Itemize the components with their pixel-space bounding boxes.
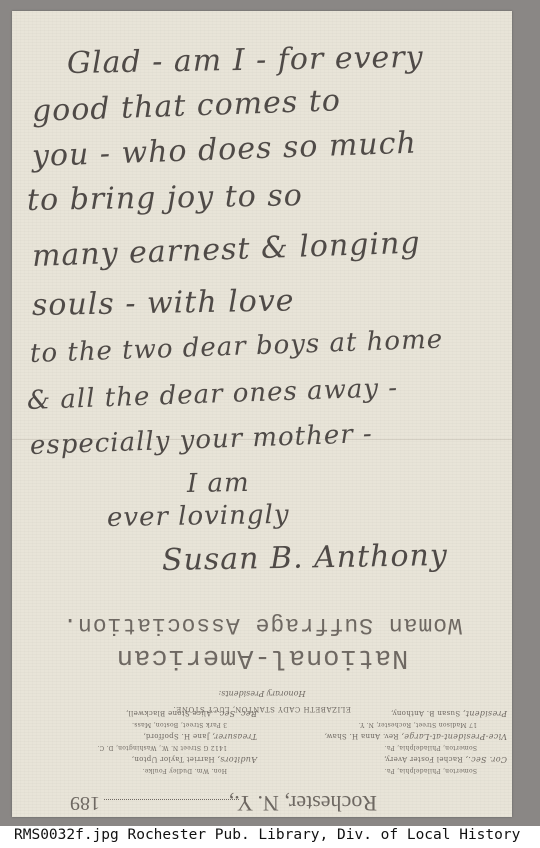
year-prefix: 189 [70,791,100,814]
handwriting-line-9: especially your mother - [29,419,373,461]
honorary-presidents-names: Elizabeth Cady Stanton, Lucy Stone. [12,705,512,713]
letterhead-title-line1: National-American [12,642,512,672]
officer-address: 1412 G Street N. W., Washington, D. C. [17,742,257,753]
officer-address: Somerton, Philadelphia, Pa. [267,765,507,776]
honorary-presidents-label: Honorary Presidents: [12,689,512,698]
officer-auditors: Auditors, Harriet Taylor Upton, [17,753,257,765]
officers-left-column: President, Susan B. Anthony, 17 Madison … [267,707,507,776]
handwriting-line-2: good that comes to [31,83,341,129]
officers-right-column: Rec. Sec., Alice Stone Blackwell, 3 Park… [17,707,257,776]
letterhead-title-line2: Woman Suffrage Association. [12,612,512,638]
handwriting-line-3: you - who does so much [31,126,417,174]
image-caption: RMS0032f.jpg Rochester Pub. Library, Div… [14,827,520,843]
handwriting-line-4: to bring joy to so [27,178,303,218]
officer-address: Somerton, Philadelphia, Pa. [267,742,507,753]
handwriting-line-1: Glad - am I - for every [67,40,424,81]
handwriting-line-11: ever lovingly [107,500,290,533]
place-text: Rochester, N. Y., [229,790,377,816]
letter-page: Glad - am I - for every good that comes … [12,11,512,817]
officer-address: 17 Madison Street, Rochester, N. Y. [267,719,507,730]
handwriting-line-10: I am [187,468,250,499]
date-dotted-line [104,799,239,800]
officer-vice-president: Vice-President-at-Large, Rev. Anna H. Sh… [267,730,507,742]
officer-address: 3 Park Street, Boston, Mass. [17,719,257,730]
officer-address: Hon. Wm. Dudley Foulke. [17,765,257,776]
letterhead-upside-down: Rochester, N. Y., 189 President, Susan B… [12,566,512,816]
handwriting-line-5: many earnest & longing [31,225,421,274]
place-date-line: Rochester, N. Y., 189 [12,790,512,810]
handwriting-line-8: & all the dear ones away - [26,373,398,416]
handwriting-line-7: to the two dear boys at home [29,325,443,369]
handwriting-line-6: souls - with love [32,283,295,323]
officer-treasurer: Treasurer, Jane H. Spofford, [17,730,257,742]
officer-cor-sec: Cor. Sec., Rachel Foster Avery, [267,753,507,765]
